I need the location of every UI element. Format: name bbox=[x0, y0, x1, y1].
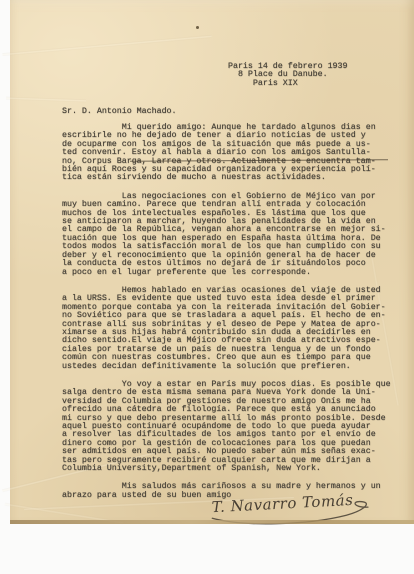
paper-crease bbox=[6, 97, 86, 103]
letter-dateline: Paris 14 de febrero 1939 8 Place du Danu… bbox=[228, 63, 348, 88]
letter-body: Mi querido amigo: Aunque he tardado algu… bbox=[62, 124, 404, 500]
scan-background: Paris 14 de febrero 1939 8 Place du Danu… bbox=[0, 0, 414, 574]
paper-torn-edge bbox=[10, 520, 414, 524]
paper-speck bbox=[196, 26, 199, 29]
letter-paragraph-1: Mi querido amigo: Aunque he tardado algu… bbox=[62, 124, 404, 183]
letter-paragraph-4: Yo voy a estar en París muy pocos dias. … bbox=[62, 381, 404, 473]
letter-paragraph-3: Hemos hablado en varias ocasiones del vi… bbox=[62, 287, 404, 371]
letter-paragraph-2: Las negociaciones con el Gobierno de Méj… bbox=[62, 193, 404, 277]
letter-page: Paris 14 de febrero 1939 8 Place du Danu… bbox=[10, 0, 414, 524]
paper-crease bbox=[2, 35, 211, 56]
letter-salutation: Sr. D. Antonio Machado. bbox=[62, 108, 177, 116]
